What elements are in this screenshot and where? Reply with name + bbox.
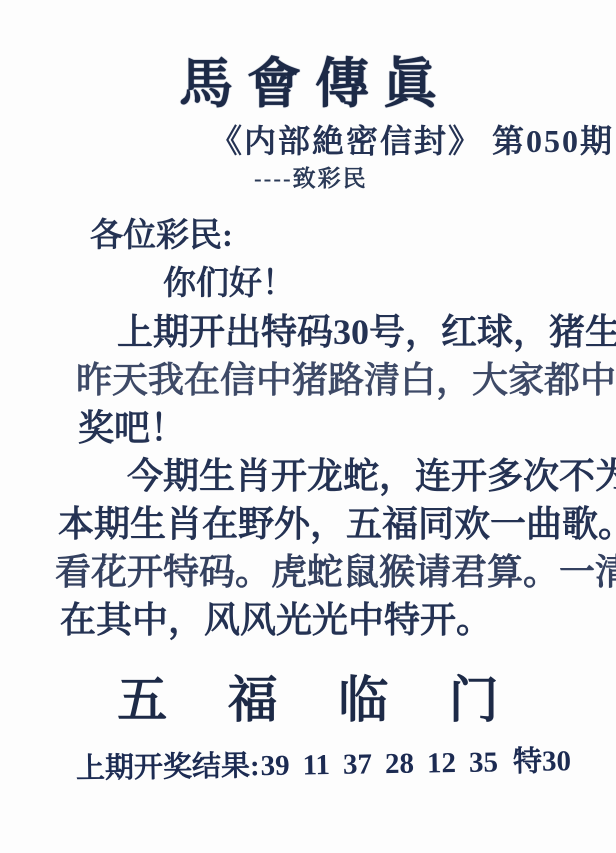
special-label: 特: [513, 746, 543, 778]
dedication-line: ----致彩民: [254, 166, 616, 192]
letter-line: 本期生肖在野外，五福同欢一曲歌。雾里: [58, 500, 616, 548]
page-title: 馬會傳眞: [0, 0, 616, 120]
result-number: 11: [302, 746, 330, 784]
result-number: 37: [343, 745, 373, 783]
salutation: 各位彩民:: [90, 212, 616, 260]
special-number-group: 特30: [513, 742, 572, 781]
letter-line: 上期开出特码30号，红球，猪生肖。: [117, 308, 616, 356]
letter-line: 昨天我在信中猪路清白，大家都中了大: [76, 356, 616, 404]
result-number: 39: [260, 747, 290, 785]
results-label: 上期开奖结果:: [76, 750, 260, 785]
letter-line: 在其中，风风光光中特开。: [60, 596, 616, 644]
slogan-headline: 五 福 临 门: [0, 666, 616, 734]
result-number: 35: [469, 743, 499, 781]
letter-line: 今期生肖开龙蛇，连开多次不为奇。: [127, 452, 616, 500]
greeting: 你们好！: [163, 260, 616, 308]
letter-body: 各位彩民: 你们好！ 上期开出特码30号，红球，猪生肖。 昨天我在信中猪路清白，…: [0, 212, 616, 644]
result-number: 12: [427, 744, 457, 782]
special-number: 30: [542, 745, 571, 777]
fax-document-page: 馬會傳眞 《内部絶密信封》 第050期 ----致彩民 各位彩民: 你们好！ 上…: [0, 0, 616, 853]
issue-subtitle: 《内部絶密信封》 第050期: [210, 122, 616, 160]
letter-line: 看花开特码。虎蛇鼠猴请君算。一清二楚: [55, 548, 616, 596]
letter-line: 奖吧！: [78, 404, 616, 452]
result-number: 28: [385, 745, 415, 783]
previous-results-line: 上期开奖结果:391137281235特30: [76, 742, 616, 788]
